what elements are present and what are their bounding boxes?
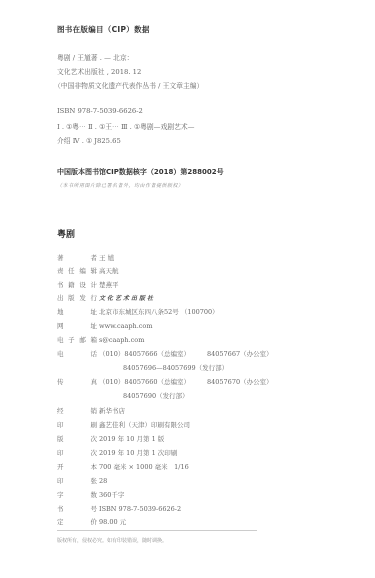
cip-record-number: 中国版本图书馆CIP数据核字（2018）第288002号 xyxy=(57,167,224,177)
cip-isbn: ISBN 978-7-5039-6626-2 xyxy=(57,107,143,115)
row-value: 王 馗 xyxy=(99,252,114,264)
cip-note: （本书所用图片除已署名者外，均由作者提供版权） xyxy=(57,182,184,189)
row-value: 新华书店 xyxy=(99,405,125,417)
colophon-row-word-count: 字 数360千字 xyxy=(57,489,124,501)
row-value: （010）84057660（总编室） xyxy=(99,376,190,388)
colophon-row-author: 著 者王 馗 xyxy=(57,252,114,264)
colophon-row-designer: 书籍设计楚燕平 xyxy=(57,279,119,291)
row-label: 电子邮箱 xyxy=(57,334,97,346)
row-value: 北京市东城区东四八条52号 （100700） xyxy=(99,306,219,318)
colophon-row-website: 网 址www.caaph.com xyxy=(57,320,153,332)
row-label: 印 次 xyxy=(57,447,97,459)
row-label: 定 价 xyxy=(57,516,97,528)
colophon-row-phone-cont: 84057696—84057699（发行部） xyxy=(57,362,228,374)
colophon-row-email: 电子邮箱s@caaph.com xyxy=(57,334,144,346)
website-link[interactable]: www.caaph.com xyxy=(99,320,153,332)
colophon-row-printing: 印 次2019 年 10 月第 1 次印刷 xyxy=(57,447,177,459)
cip-line: 文化艺术出版社 , 2018. 12 xyxy=(57,66,141,76)
cip-line: （中国非物质文化遗产代表作丛书 / 王文章主编） xyxy=(54,80,203,90)
row-label: 印 张 xyxy=(57,475,97,487)
footer-divider xyxy=(57,530,257,531)
colophon-row-fax: 传 真（010）84057660（总编室）84057670（办公室） xyxy=(57,376,190,388)
colophon-row-edition: 版 次2019 年 10 月第 1 版 xyxy=(57,433,164,445)
row-value: 28 xyxy=(99,475,107,487)
row-label: 开 本 xyxy=(57,461,97,473)
row-label: 网 址 xyxy=(57,320,97,332)
row-label: 电 话 xyxy=(57,348,97,360)
colophon-row-isbn: 书 号ISBN 978-7-5039-6626-2 xyxy=(57,503,181,515)
row-value: 2019 年 10 月第 1 版 xyxy=(99,433,164,445)
colophon-row-phone: 电 话（010）84057666（总编室）84057667（办公室） xyxy=(57,348,190,360)
row-value: ISBN 978-7-5039-6626-2 xyxy=(99,503,181,515)
copyright-note: 版权所有，侵权必究。如有印装错误，随时调换。 xyxy=(57,537,167,544)
row-value-secondary: 84057667（办公室） xyxy=(207,348,273,360)
row-value: 84057690（发行部） xyxy=(123,390,189,402)
row-value: 鑫艺佳利（天津）印刷有限公司 xyxy=(99,419,190,431)
row-label: 书 号 xyxy=(57,503,97,515)
row-value-secondary: 84057670（办公室） xyxy=(207,376,273,388)
row-value: 高天航 xyxy=(99,265,119,277)
row-value: 700 毫米 × 1000 毫米 1/16 xyxy=(99,461,189,473)
book-title: 粤剧 xyxy=(57,227,75,240)
row-label: 经 销 xyxy=(57,405,97,417)
row-value: 楚燕平 xyxy=(99,279,119,291)
row-label: 书籍设计 xyxy=(57,279,97,291)
cip-classification: Ⅰ . ①粤⋯ Ⅱ . ①王⋯ Ⅲ . ①粤剧—戏剧艺术— xyxy=(57,121,194,131)
colophon-row-price: 定 价98.00 元 xyxy=(57,516,126,528)
row-label: 字 数 xyxy=(57,489,97,501)
row-label: 印 刷 xyxy=(57,419,97,431)
row-value: 360千字 xyxy=(99,489,124,501)
colophon-row-editor: 责任编辑高天航 xyxy=(57,265,119,277)
cip-title: 图书在版编目（CIP）数据 xyxy=(57,24,150,35)
row-label: 著 者 xyxy=(57,252,97,264)
email-link[interactable]: s@caaph.com xyxy=(99,334,144,346)
colophon-row-fax-cont: 84057690（发行部） xyxy=(57,390,189,402)
row-value: 2019 年 10 月第 1 次印刷 xyxy=(99,447,177,459)
colophon-row-address: 地 址北京市东城区东四八条52号 （100700） xyxy=(57,306,219,318)
row-label: 传 真 xyxy=(57,376,97,388)
colophon-row-format: 开 本700 毫米 × 1000 毫米 1/16 xyxy=(57,461,189,473)
row-value: 84057696—84057699（发行部） xyxy=(123,362,228,374)
colophon-row-publisher: 出版发行文化艺术出版社 xyxy=(57,292,155,304)
colophon-row-printer: 印 刷鑫艺佳利（天津）印刷有限公司 xyxy=(57,419,190,431)
row-label: 出版发行 xyxy=(57,292,97,304)
colophon-row-distributor: 经 销新华书店 xyxy=(57,405,125,417)
cip-line: 粤剧 / 王馗著 . — 北京： xyxy=(57,52,133,62)
row-label: 版 次 xyxy=(57,433,97,445)
cip-classification: 介绍 Ⅳ . ① J825.65 xyxy=(57,135,121,145)
colophon-row-sheets: 印 张28 xyxy=(57,475,107,487)
row-value: （010）84057666（总编室） xyxy=(99,348,190,360)
publisher-logo-text: 文化艺术出版社 xyxy=(99,293,155,305)
row-value: 98.00 元 xyxy=(99,516,126,528)
row-label: 地 址 xyxy=(57,306,97,318)
row-label: 责任编辑 xyxy=(57,265,97,277)
